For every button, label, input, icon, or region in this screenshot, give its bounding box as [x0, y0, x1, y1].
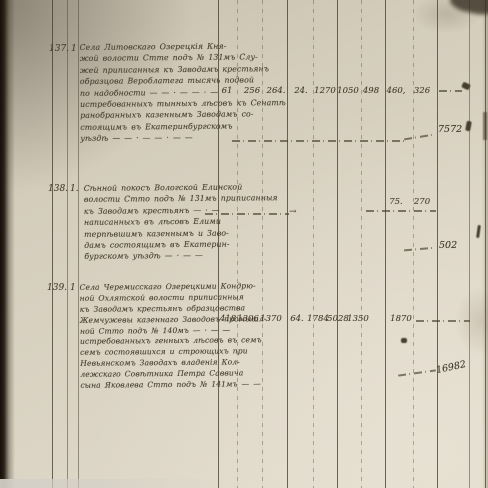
arrow-mark: → — [289, 207, 297, 217]
column-rule — [361, 0, 362, 488]
dash-line — [205, 213, 289, 215]
entry-count: 1 — [71, 44, 77, 54]
cell-value: 326 — [409, 86, 435, 96]
column-rule — [67, 0, 68, 488]
cell-value: 498 — [358, 86, 384, 96]
ink-mark — [401, 338, 407, 343]
entry-text: Села Черемисскаго Озерецкими Кондрю- ной… — [80, 281, 267, 392]
cell-value: 61 — [214, 86, 240, 96]
column-rule — [413, 0, 414, 488]
paper-stain — [455, 286, 488, 356]
cell-value: 1350 — [345, 314, 371, 324]
dash-line — [404, 134, 434, 141]
column-rule — [52, 0, 53, 488]
ink-mark — [465, 121, 472, 132]
entry-number: 139. — [47, 283, 67, 293]
entry-total: 7572 — [438, 124, 462, 135]
photo-edge-right — [482, 0, 488, 488]
dash-line — [439, 90, 462, 92]
photo-edge-bottom — [0, 479, 260, 488]
column-rule — [313, 0, 314, 488]
entry-count: 1 — [70, 283, 76, 293]
handwritten-line: волости Стто подъ № 131мъ приписанныя — [84, 193, 278, 206]
ledger-photo: 137. 1 Села Литовскаго Озерецкія Кня- жо… — [0, 0, 488, 488]
cell-value: 75. — [383, 197, 409, 207]
handwritten-line: сына Яковлева Стто подъ № 141мъ — — — [80, 379, 267, 392]
handwritten-line: бургскомъ уѣздѣ — · — — — [84, 249, 278, 262]
cell-value: 1870 — [388, 314, 414, 324]
handwritten-line: уѣздѣ — — · — — · — — — [80, 132, 286, 145]
cell-value: 460, — [383, 86, 409, 96]
dash-line — [232, 140, 406, 142]
ink-mark — [483, 112, 487, 140]
cell-value: 1370 — [258, 314, 284, 324]
entry-total: 502 — [439, 240, 457, 251]
cell-value: 24. — [288, 86, 314, 96]
column-rule — [437, 0, 438, 488]
dash-line — [398, 369, 436, 376]
column-rule — [385, 0, 386, 488]
entry-number: 137. — [49, 44, 69, 54]
dash-line — [404, 247, 436, 252]
ink-mark — [476, 225, 481, 238]
cell-value: 264. — [263, 86, 289, 96]
column-rule — [287, 0, 288, 488]
column-rule — [469, 0, 470, 488]
cell-value: 270 — [409, 197, 435, 207]
paper-stain — [412, 0, 482, 34]
cell-value: 256 — [239, 86, 265, 96]
entry-number: 138. — [48, 184, 68, 194]
entry-total: 16982 — [435, 359, 467, 376]
photo-edge-left — [0, 0, 15, 488]
entry-count: 1. — [70, 184, 79, 194]
dash-line — [366, 210, 436, 212]
entry-text: Сѣнной покосъ Вологской Елинской волости… — [84, 181, 279, 262]
column-rule — [337, 0, 338, 488]
